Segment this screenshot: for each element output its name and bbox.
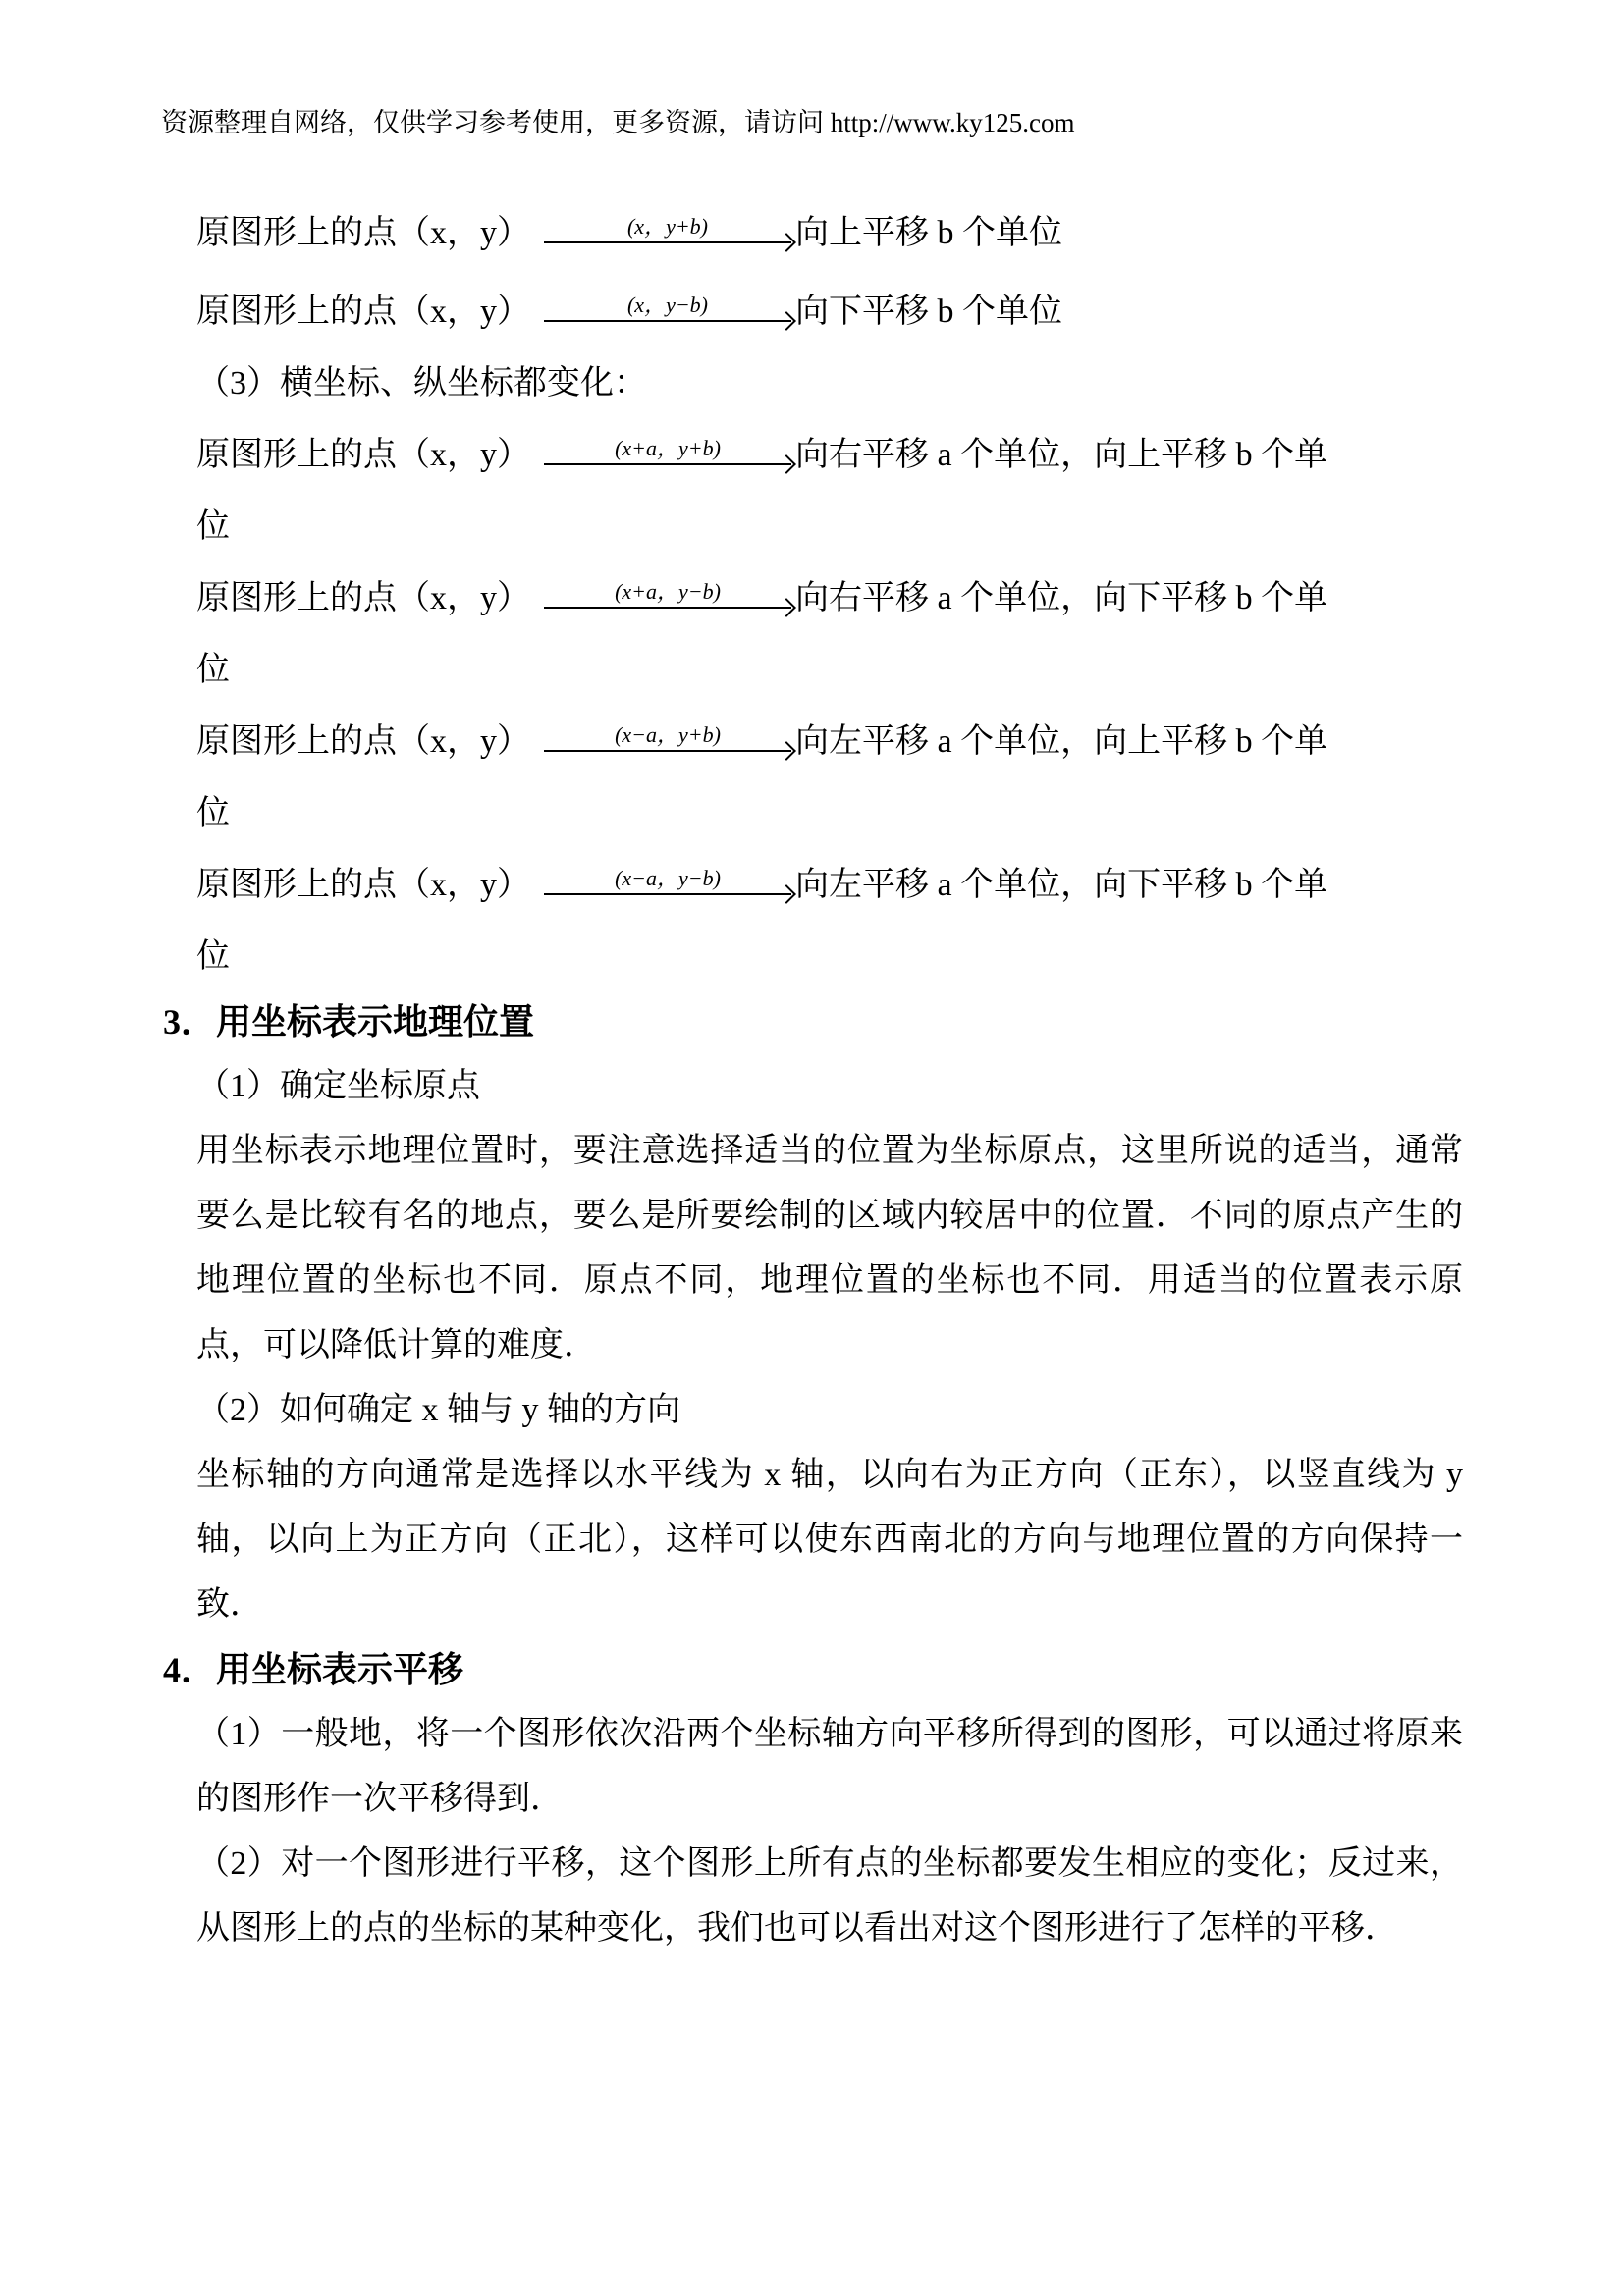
transform-row-right-down: 原图形上的点（x，y） (x+a，y−b) 向右平移 a 个单位，向下平移 b … xyxy=(161,560,1463,638)
mapping-arrow: (x−a，y−b) xyxy=(544,866,791,895)
transform-row-down: 原图形上的点（x，y） (x，y−b) 向下平移 b 个单位 xyxy=(161,273,1463,351)
transform-row-left-up: 原图形上的点（x，y） (x−a，y+b) 向左平移 a 个单位，向上平移 b … xyxy=(161,703,1463,781)
note-both-coordinates-change: （3）横坐标、纵坐标都变化： xyxy=(161,351,1463,416)
transform-continuation: 位 xyxy=(161,495,1463,560)
arrow-label: (x，y−b) xyxy=(544,293,791,318)
transform-source: 原图形上的点（x，y） xyxy=(196,725,530,759)
transform-result: 向上平移 b 个单位 xyxy=(795,217,1062,250)
transform-continuation: 位 xyxy=(161,925,1463,989)
section-3-sub-2-body: 坐标轴的方向通常是选择以水平线为 x 轴，以向右为正方向（正东），以竖直线为 y… xyxy=(161,1443,1463,1637)
transform-result: 向左平移 a 个单位，向上平移 b 个单 xyxy=(795,725,1327,759)
page-header: 资源整理自网络，仅供学习参考使用，更多资源，请访问 http://www.ky1… xyxy=(161,102,1463,143)
section-4-heading: 4．用坐标表示平移 xyxy=(161,1637,1463,1702)
arrow-shaft xyxy=(544,893,791,895)
transform-source: 原图形上的点（x，y） xyxy=(196,217,530,250)
section-3-sub-1-body: 用坐标表示地理位置时，要注意选择适当的位置为坐标原点，这里所说的适当，通常要么是… xyxy=(161,1119,1463,1378)
transform-result: 向下平移 b 个单位 xyxy=(795,295,1062,329)
transform-result: 向左平移 a 个单位，向下平移 b 个单 xyxy=(795,869,1327,902)
transform-row-up: 原图形上的点（x，y） (x，y+b) 向上平移 b 个单位 xyxy=(161,194,1463,273)
transform-source: 原图形上的点（x，y） xyxy=(196,295,530,329)
transform-result: 向右平移 a 个单位，向上平移 b 个单 xyxy=(795,439,1327,472)
transform-result: 向右平移 a 个单位，向下平移 b 个单 xyxy=(795,582,1327,615)
mapping-arrow: (x，y−b) xyxy=(544,293,791,322)
mapping-arrow: (x+a，y−b) xyxy=(544,579,791,609)
arrow-label: (x+a，y−b) xyxy=(544,579,791,605)
section-3-heading: 3．用坐标表示地理位置 xyxy=(161,989,1463,1054)
transform-row-right-up: 原图形上的点（x，y） (x+a，y+b) 向右平移 a 个单位，向上平移 b … xyxy=(161,416,1463,495)
arrow-label: (x，y+b) xyxy=(544,214,791,240)
transform-row-left-down: 原图形上的点（x，y） (x−a，y−b) 向左平移 a 个单位，向下平移 b … xyxy=(161,846,1463,925)
mapping-arrow: (x，y+b) xyxy=(544,214,791,243)
arrow-shaft xyxy=(544,607,791,609)
arrow-label: (x−a，y+b) xyxy=(544,722,791,748)
arrow-shaft xyxy=(544,241,791,243)
page-content: 原图形上的点（x，y） (x，y+b) 向上平移 b 个单位 原图形上的点（x，… xyxy=(161,194,1463,1961)
transform-source: 原图形上的点（x，y） xyxy=(196,439,530,472)
arrow-shaft xyxy=(544,320,791,322)
section-4-item-2: （2）对一个图形进行平移，这个图形上所有点的坐标都要发生相应的变化；反过来，从图… xyxy=(161,1832,1463,1961)
arrow-label: (x+a，y+b) xyxy=(544,436,791,461)
transform-source: 原图形上的点（x，y） xyxy=(196,582,530,615)
mapping-arrow: (x−a，y+b) xyxy=(544,722,791,752)
section-4-item-1: （1）一般地，将一个图形依次沿两个坐标轴方向平移所得到的图形，可以通过将原来的图… xyxy=(161,1702,1463,1832)
transform-continuation: 位 xyxy=(161,781,1463,846)
document-page: 资源整理自网络，仅供学习参考使用，更多资源，请访问 http://www.ky1… xyxy=(0,0,1624,2296)
arrow-shaft xyxy=(544,463,791,465)
transform-continuation: 位 xyxy=(161,638,1463,703)
transform-source: 原图形上的点（x，y） xyxy=(196,869,530,902)
arrow-label: (x−a，y−b) xyxy=(544,866,791,891)
arrow-shaft xyxy=(544,750,791,752)
mapping-arrow: (x+a，y+b) xyxy=(544,436,791,465)
section-3-sub-2-title: （2）如何确定 x 轴与 y 轴的方向 xyxy=(161,1378,1463,1443)
header-notice: 资源整理自网络，仅供学习参考使用，更多资源，请访问 http://www.ky1… xyxy=(161,108,1074,137)
section-3-sub-1-title: （1）确定坐标原点 xyxy=(161,1054,1463,1119)
